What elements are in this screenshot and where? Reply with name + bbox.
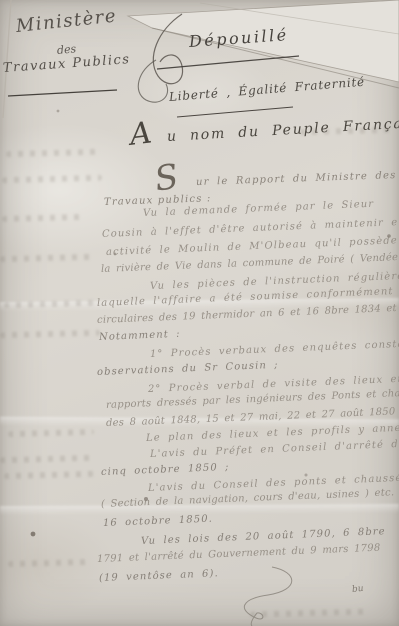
ministry-name-line2: des	[56, 42, 76, 57]
scanned-manuscript: Ministère des Travaux Publics Dépouillé …	[0, 0, 399, 626]
title-initial-letter: A	[128, 115, 154, 152]
marginal-mark: bu	[351, 584, 364, 595]
